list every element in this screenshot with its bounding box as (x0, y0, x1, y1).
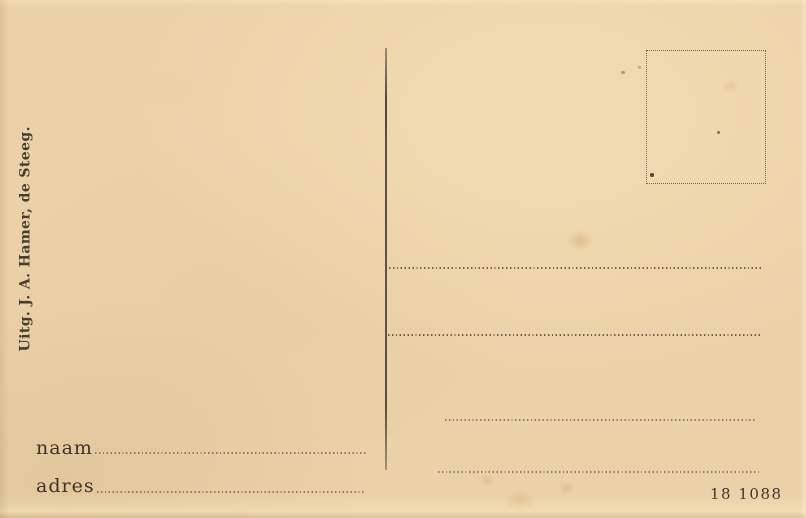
postcard-back: Uitg. J. A. Hamer, de Steeg. naam adres … (0, 0, 806, 518)
stain (498, 486, 542, 516)
speck (621, 71, 625, 74)
name-field-label: naam (36, 437, 93, 459)
address-rule-line (389, 267, 763, 269)
serial-number: 18 1088 (710, 485, 783, 503)
stain (562, 226, 598, 256)
address-rule-line (445, 419, 757, 421)
publisher-imprint: Uitg. J. A. Hamer, de Steeg. (18, 162, 37, 352)
name-field-rule (95, 452, 367, 454)
stamp-box (646, 50, 766, 184)
stain (130, 60, 220, 120)
address-rule-line (438, 471, 760, 473)
stain (474, 470, 500, 490)
speck (638, 66, 641, 69)
stain (553, 478, 579, 498)
divider-line (385, 48, 387, 470)
address-field-label: adres (36, 475, 95, 497)
address-field-rule (97, 491, 364, 493)
address-rule-line (388, 334, 761, 336)
